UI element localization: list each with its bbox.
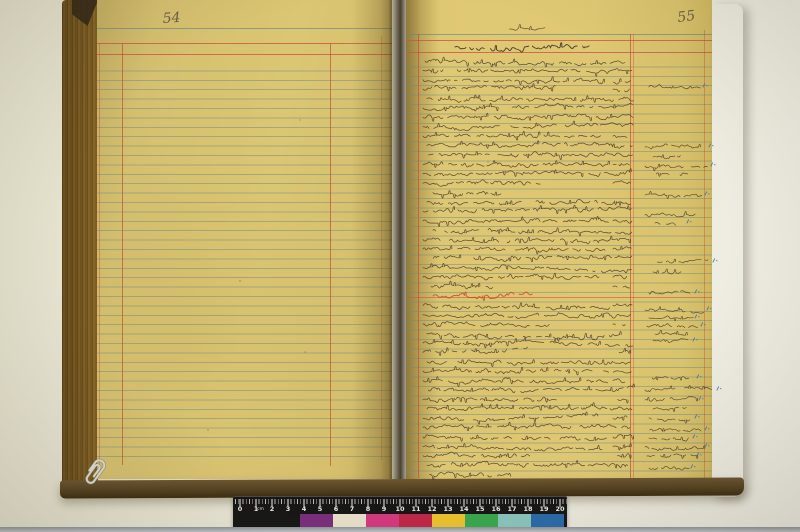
ruler-number: 10 — [395, 506, 404, 513]
left-page-edge-stack — [62, 0, 98, 489]
ruler-number: 17 — [507, 506, 516, 513]
ruler-number: 2 — [270, 506, 275, 513]
ruler-number: 20 — [555, 506, 564, 513]
red-margin-line — [122, 43, 123, 465]
ruler-number: 12 — [427, 506, 436, 513]
ruler-number: 7 — [350, 506, 355, 513]
ruler-number: 5 — [318, 506, 323, 513]
color-patch-purple — [300, 514, 333, 527]
right-page — [406, 0, 712, 481]
title-band-rule-top — [97, 43, 392, 44]
right-page-edge-stack — [712, 4, 743, 497]
red-margin-line — [704, 30, 705, 478]
ruler-number: 8 — [366, 506, 371, 513]
ruler-number: 15 — [475, 506, 484, 513]
amount-column-line — [633, 34, 634, 478]
color-patch-white — [333, 514, 366, 527]
left-page — [97, 0, 392, 479]
ruler-number: 19 — [539, 506, 548, 513]
color-patch-green — [465, 514, 498, 527]
ruler-unit-label: cm — [257, 507, 264, 512]
ruler-number: 18 — [523, 506, 532, 513]
photo-background: 01234567891011121314151617181920 cm 54 5… — [0, 0, 800, 532]
ruled-lines — [97, 62, 392, 465]
title-band-rule-bottom — [97, 54, 392, 55]
page-curvature-shadow — [352, 0, 392, 479]
red-margin-line — [418, 34, 419, 478]
ruler-number: 9 — [382, 506, 387, 513]
color-patch-yellow — [432, 514, 465, 527]
color-patch-blue — [531, 514, 564, 527]
bottom-frame-strip — [0, 527, 800, 532]
red-margin-line — [99, 43, 100, 465]
ruler-number: 11 — [411, 506, 420, 513]
header-rule-blue — [97, 28, 392, 29]
ruler-number: 13 — [443, 506, 452, 513]
ruler-number: 0 — [238, 506, 243, 513]
color-patch-black-lead — [233, 514, 300, 527]
ruler-number: 4 — [302, 506, 307, 513]
color-patch-black-end — [564, 514, 567, 527]
header-rule-blue — [406, 34, 712, 35]
color-patch-cyan — [498, 514, 531, 527]
title-band-rule-bottom — [406, 52, 712, 53]
color-patch-magenta — [366, 514, 399, 527]
calibration-ruler: 01234567891011121314151617181920 cm — [233, 496, 567, 531]
ruler-number: 14 — [459, 506, 468, 513]
ruler-number: 3 — [286, 506, 291, 513]
ruler-number: 16 — [491, 506, 500, 513]
title-band-rule-top — [406, 40, 712, 41]
ruled-lines — [406, 58, 712, 478]
color-calibration-patches — [233, 514, 567, 527]
red-margin-line — [330, 43, 331, 466]
color-patch-red — [399, 514, 432, 527]
section-heading-rule — [406, 297, 712, 298]
amount-column-line — [630, 34, 631, 478]
ruler-number: 6 — [334, 506, 339, 513]
